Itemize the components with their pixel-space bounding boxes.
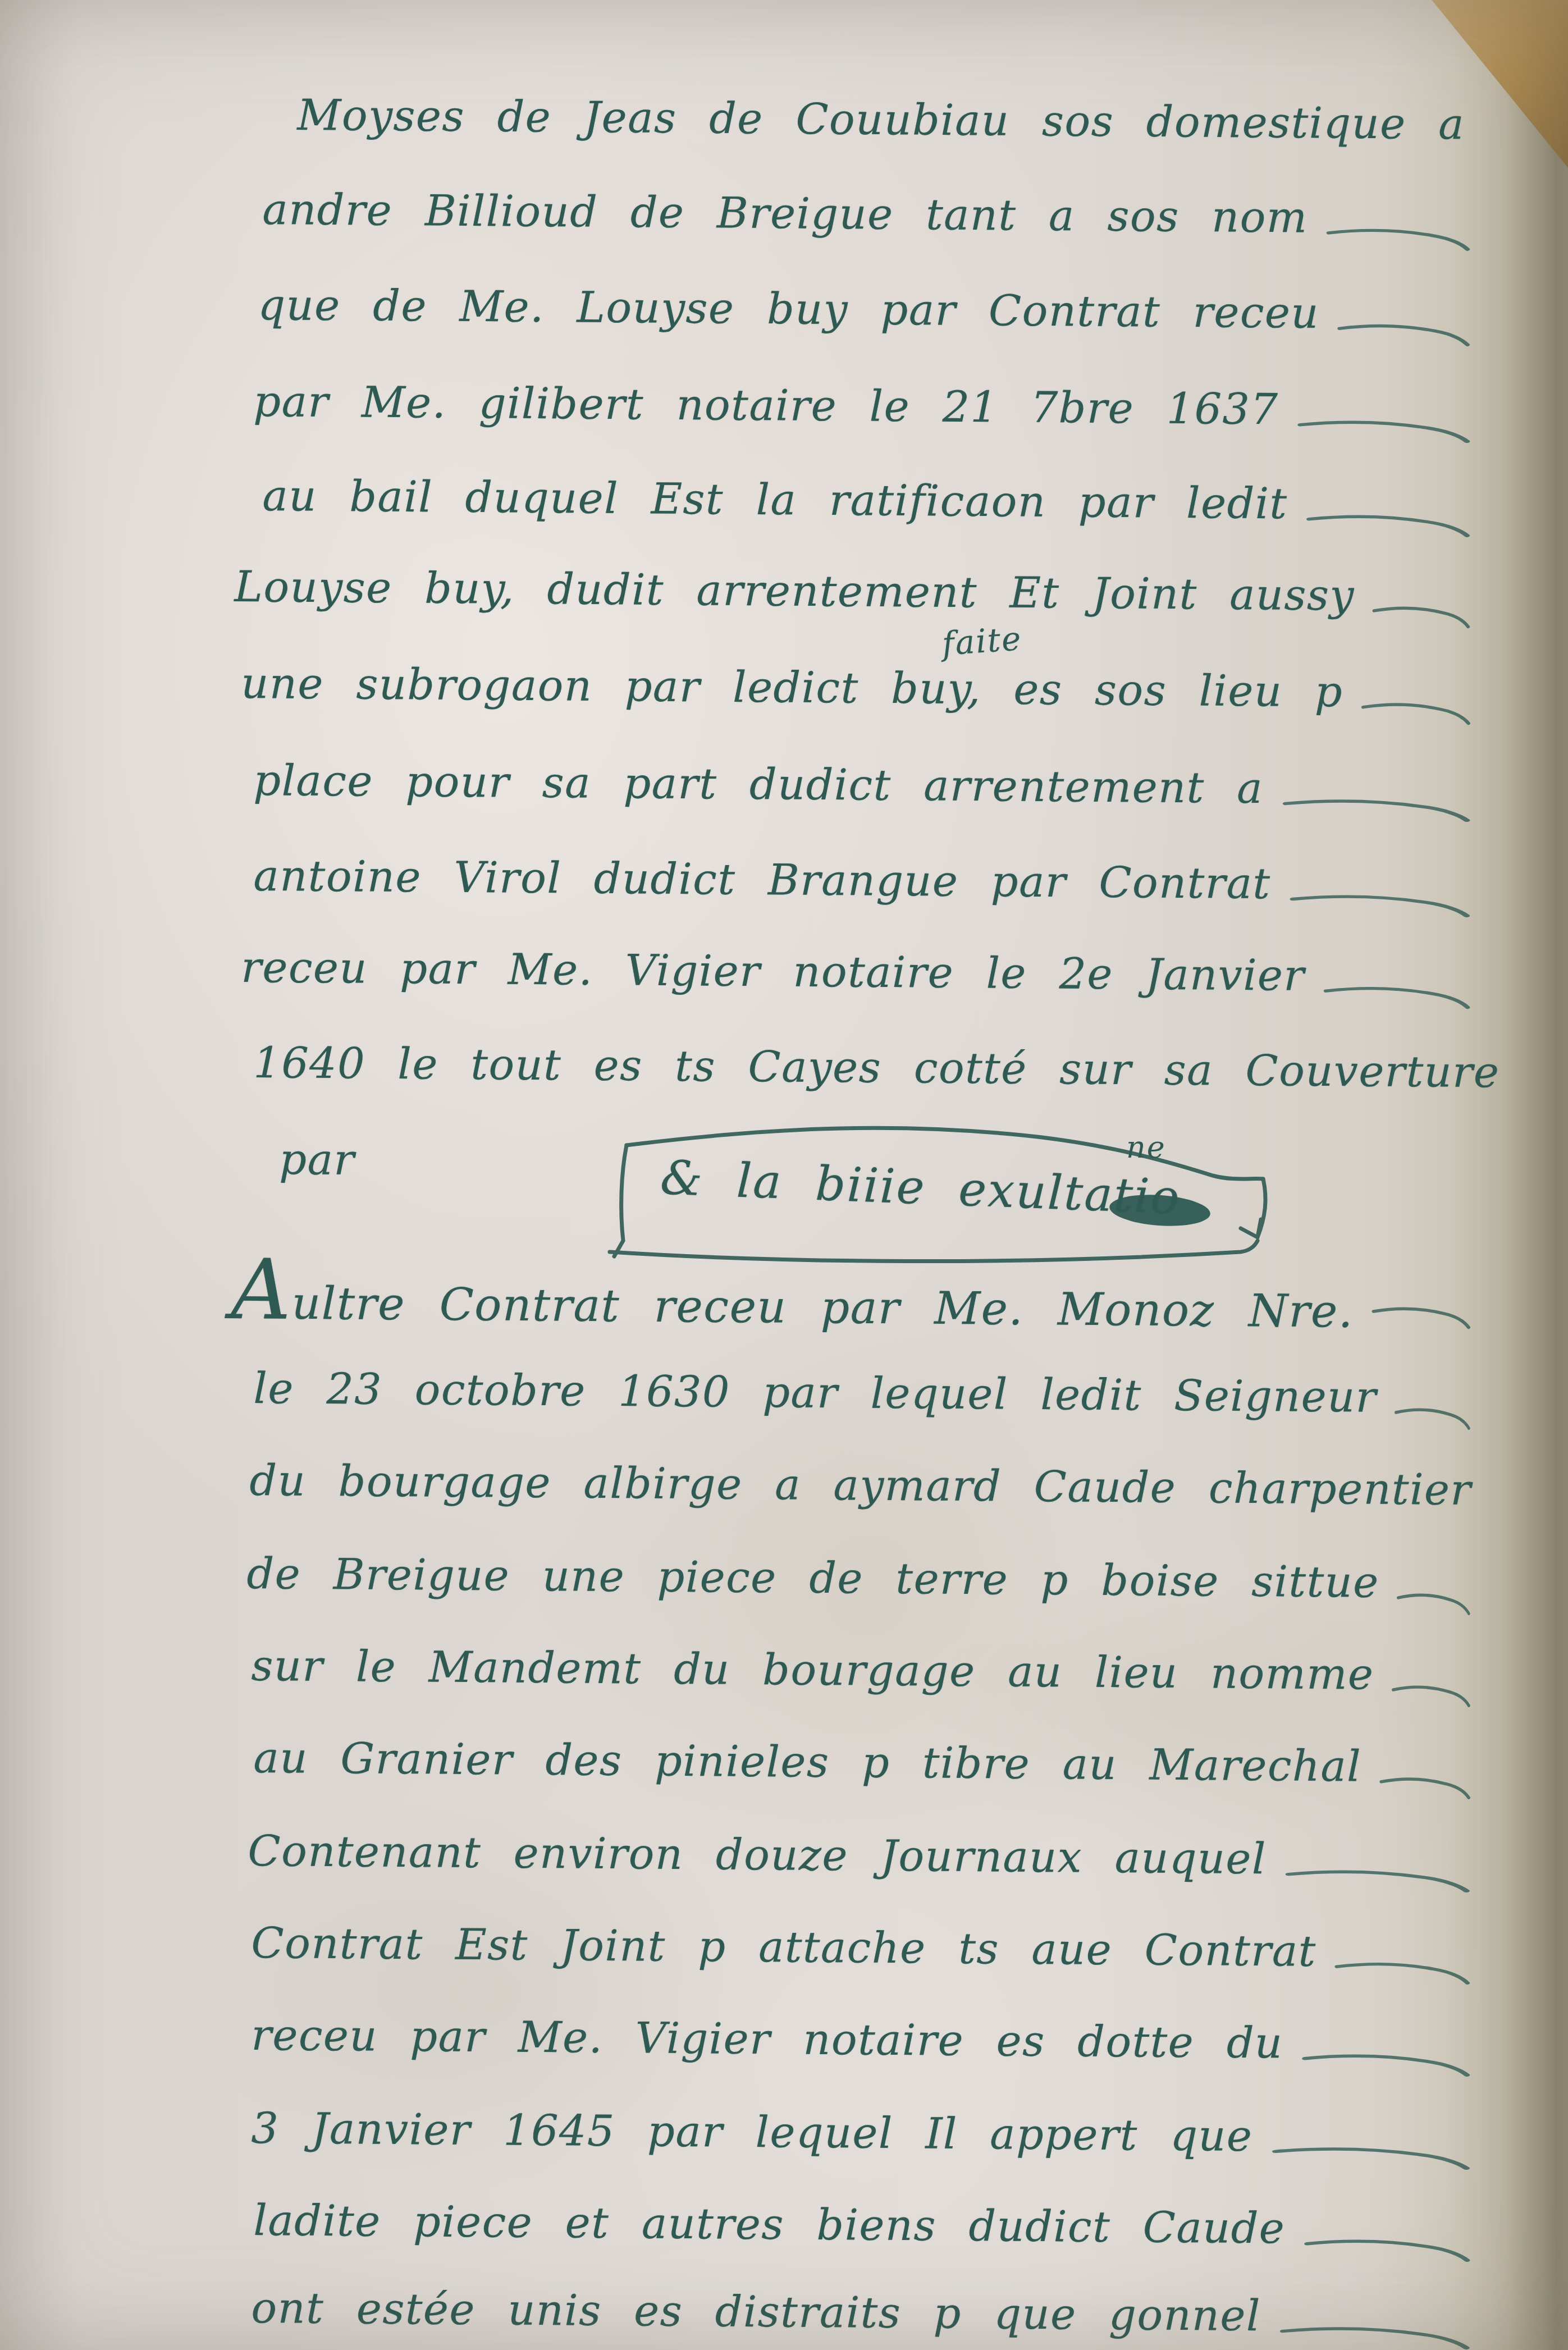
- line-filler-stroke: [1378, 1773, 1471, 1800]
- manuscript-line-text: ladite piece et autres biens dudict Caud…: [253, 2189, 1286, 2260]
- manuscript-line: antoine Virol dudict Brangue par Contrat: [253, 845, 1471, 918]
- line-filler-stroke: [1360, 698, 1471, 726]
- manuscript-line: Contrat Est Joint p attache ts aue Contr…: [251, 1912, 1471, 1986]
- manuscript-line: par Me. gilibert notaire le 21 7bre 1637: [253, 371, 1471, 444]
- manuscript-line-text: place pour sa part dudict arrentement a: [253, 749, 1263, 819]
- manuscript-line-text: andre Billioud de Breigue tant a sos nom: [262, 179, 1308, 249]
- manuscript-line: place pour sa part dudict arrentement a: [253, 749, 1471, 823]
- manuscript-line: receu par Me. Vigier notaire le 2e Janvi…: [241, 936, 1471, 1010]
- line-filler-stroke: [1277, 2322, 1470, 2350]
- manuscript-line-text: sur le Mandemt du bourgage au lieu nomme: [251, 1635, 1374, 1706]
- interlinear-insertion-note: faite: [941, 619, 1023, 663]
- box-right-edge-arrow: [1241, 1179, 1265, 1237]
- line-filler-stroke: [1295, 416, 1471, 444]
- line-filler-stroke: [1336, 319, 1471, 348]
- line-filler-stroke: [1302, 2235, 1471, 2263]
- box-bottom-edge: [610, 1241, 1258, 1261]
- boxed-heading-superscript: ne: [1126, 1130, 1166, 1165]
- manuscript-photo: Moyses de Jeas de Couubiau sos domestiqu…: [0, 0, 1568, 2350]
- manuscript-line-text: de Breigue une piece de terre p boise si…: [246, 1543, 1379, 1613]
- line-filler-stroke: [1280, 794, 1471, 823]
- manuscript-line-text: 1640 le tout es ts Cayes cotté sur sa Co…: [253, 1032, 1500, 1104]
- manuscript-line-text: le 23 octobre 1630 par lequel ledit Seig…: [253, 1357, 1377, 1428]
- manuscript-line: Louyse buy, dudit arrentement Et Joint a…: [234, 556, 1471, 629]
- manuscript-line-text: antoine Virol dudict Brangue par Contrat: [253, 845, 1271, 915]
- line-filler-stroke: [1283, 1865, 1470, 1894]
- manuscript-line: 1640 le tout es ts Cayes cotté sur sa Co…: [253, 1032, 1471, 1105]
- manuscript-line: sur le Mandemt du bourgage au lieu nomme: [251, 1635, 1471, 1708]
- manuscript-line: le 23 octobre 1630 par lequel ledit Seig…: [253, 1357, 1471, 1431]
- line-filler-stroke: [1396, 1589, 1470, 1616]
- manuscript-line: Contenant environ douze Journaux auquel: [248, 1820, 1471, 1894]
- line-filler-stroke: [1370, 1302, 1471, 1330]
- manuscript-line: ladite piece et autres biens dudict Caud…: [253, 2189, 1471, 2263]
- manuscript-line-text: au bail duquel Est la ratificaon par led…: [262, 465, 1288, 535]
- manuscript-line: que de Me. Louyse buy par Contrat receu: [258, 274, 1471, 348]
- manuscript-line: du bourgage albirge a aymard Caude charp…: [249, 1450, 1471, 1523]
- manuscript-line-text: par Me. gilibert notaire le 21 7bre 1637: [253, 371, 1279, 441]
- line-filler-stroke: [1371, 602, 1470, 629]
- manuscript-line-text: 3 Janvier 1645 par lequel Il appert que: [251, 2097, 1253, 2167]
- boxed-heading: & la biiie exultatio ne: [594, 1121, 1307, 1289]
- manuscript-line-text: receu par Me. Vigier notaire le 2e Janvi…: [241, 936, 1305, 1007]
- manuscript-line-text: Contenant environ douze Journaux auquel: [248, 1820, 1267, 1890]
- line-filler-stroke: [1322, 982, 1471, 1010]
- manuscript-line: de Breigue une piece de terre p boise si…: [246, 1543, 1471, 1616]
- manuscript-line-text: ont estée unis es distraits p que gonnel: [251, 2277, 1261, 2347]
- manuscript-line: au Granier des pinieles p tibre au Marec…: [253, 1727, 1471, 1800]
- manuscript-line-text: Contrat Est Joint p attache ts aue Contr…: [251, 1912, 1316, 1982]
- manuscript-line: 3 Janvier 1645 par lequel Il appert que: [251, 2097, 1471, 2171]
- line-filler-stroke: [1391, 1681, 1470, 1708]
- manuscript-line: au bail duquel Est la ratificaon par led…: [262, 465, 1471, 538]
- manuscript-line: receu par Me. Vigier notaire es dotte du: [251, 2004, 1471, 2078]
- box-left-edge: [614, 1145, 627, 1256]
- line-filler-stroke: [1300, 2050, 1470, 2078]
- manuscript-line: une subrogaon par ledict buy, es sos lie…: [241, 652, 1471, 726]
- line-filler-stroke: [1393, 1403, 1470, 1431]
- manuscript-line: andre Billioud de Breigue tant a sos nom: [262, 179, 1471, 252]
- manuscript-line-text: que de Me. Louyse buy par Contrat receu: [258, 274, 1319, 344]
- manuscript-line-text: du bourgage albirge a aymard Caude charp…: [249, 1450, 1472, 1521]
- manuscript-line: ont estée unis es distraits p que gonnel: [251, 2277, 1471, 2350]
- manuscript-line-text: une subrogaon par ledict buy, es sos lie…: [241, 652, 1343, 723]
- manuscript-line-text: Moyses de Jeas de Couubiau sos domestiqu…: [297, 84, 1465, 156]
- manuscript-line-text: par: [279, 1128, 355, 1191]
- manuscript-line-text: Louyse buy, dudit arrentement Et Joint a…: [234, 556, 1355, 627]
- manuscript-line-text: au Granier des pinieles p tibre au Marec…: [253, 1727, 1361, 1798]
- manuscript-line-text: receu par Me. Vigier notaire es dotte du: [251, 2004, 1283, 2074]
- line-filler-stroke: [1269, 2142, 1470, 2171]
- line-filler-stroke: [1304, 510, 1470, 538]
- manuscript-line: Moyses de Jeas de Couubiau sos domestiqu…: [297, 84, 1471, 157]
- line-filler-stroke: [1333, 1958, 1470, 1986]
- line-filler-stroke: [1324, 224, 1470, 252]
- line-filler-stroke: [1287, 890, 1470, 918]
